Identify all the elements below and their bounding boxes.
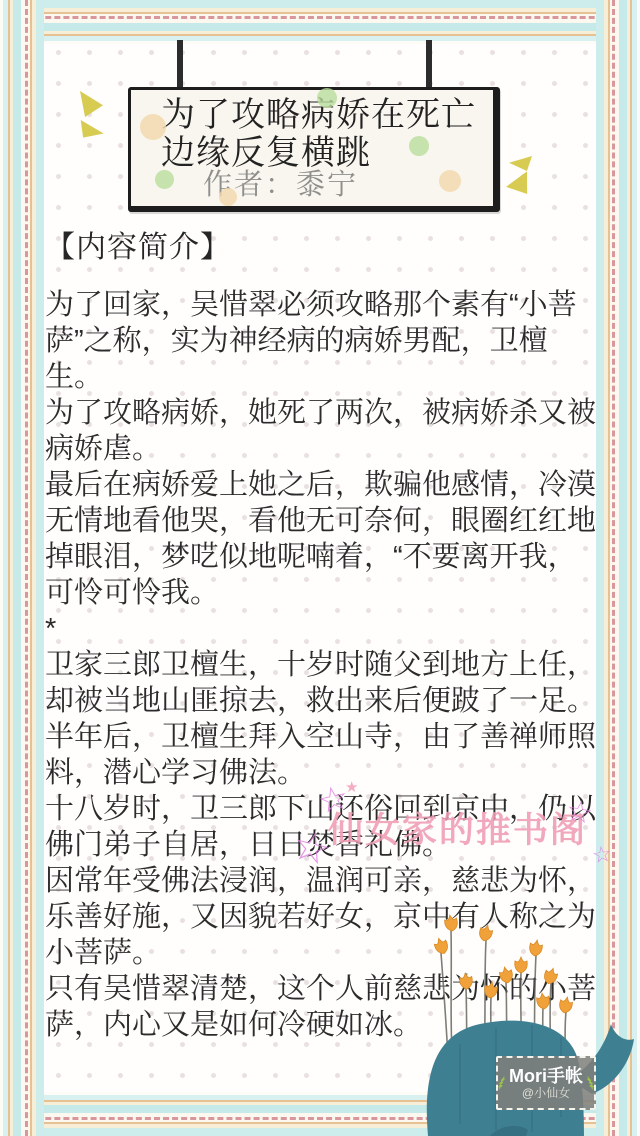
accent-triangle-icon: [504, 171, 533, 198]
badge-handle: @小仙女: [522, 1086, 570, 1100]
leaf-icon: [498, 1070, 506, 1096]
title-board: 为了攻略病娇在死亡 边缘反复横跳 作者：黍宁: [128, 87, 500, 212]
accent-triangle-icon: [78, 120, 106, 141]
synopsis-paragraph: 最后在病娇爱上她之后，欺骗他感情，冷漠无情地看他哭，看他无可奈何，眼圈红红地掉眼…: [45, 467, 601, 611]
board-dot-green: [155, 170, 174, 189]
flower-icons: [433, 914, 574, 1014]
synopsis-paragraph: 半年后，卫檀生拜入空山寺，由了善禅师照料，潜心学习佛法。: [45, 719, 601, 791]
separator-asterisk: *: [45, 611, 601, 647]
board-dot-orange: [219, 188, 237, 206]
board-dot-green: [409, 136, 429, 156]
recommendation-card: 为了攻略病娇在死亡 边缘反复横跳 作者：黍宁 【内容简介】 为了回家，吴惜翠必须…: [0, 0, 640, 1136]
sign-post-right: [426, 40, 432, 92]
border-top: [0, 0, 640, 44]
accent-triangle-icon: [509, 156, 532, 171]
watermark-text: 仙女家的推书阁: [328, 803, 587, 853]
sign-post-left: [177, 40, 183, 92]
section-heading: 【内容简介】: [45, 222, 231, 266]
board-dot-orange: [140, 114, 166, 140]
synopsis-paragraph: 为了攻略病娇，她死了两次，被病娇杀又被病娇虐。: [45, 395, 601, 467]
star-icon: ★: [345, 778, 358, 796]
leaf-icon: [586, 1070, 594, 1096]
synopsis-paragraph: 为了回家，吴惜翠必须攻略那个素有“小菩萨”之称，实为神经病的病娇男配，卫檀生。: [45, 287, 601, 395]
board-dot-green: [317, 88, 337, 108]
star-icon: ☆: [590, 841, 613, 869]
badge-brand: Mori手帐: [509, 1066, 583, 1086]
accent-triangle-icon: [80, 91, 103, 117]
novel-title-line2: 边缘反复横跳: [161, 134, 493, 172]
border-left: [0, 0, 44, 1136]
board-dot-orange: [439, 170, 461, 192]
synopsis-paragraph: 卫家三郎卫檀生，十岁时随父到地方上任，却被当地山匪掠去，救出来后便跛了一足。: [45, 647, 601, 719]
brand-badge: Mori手帐 @小仙女: [496, 1056, 596, 1110]
